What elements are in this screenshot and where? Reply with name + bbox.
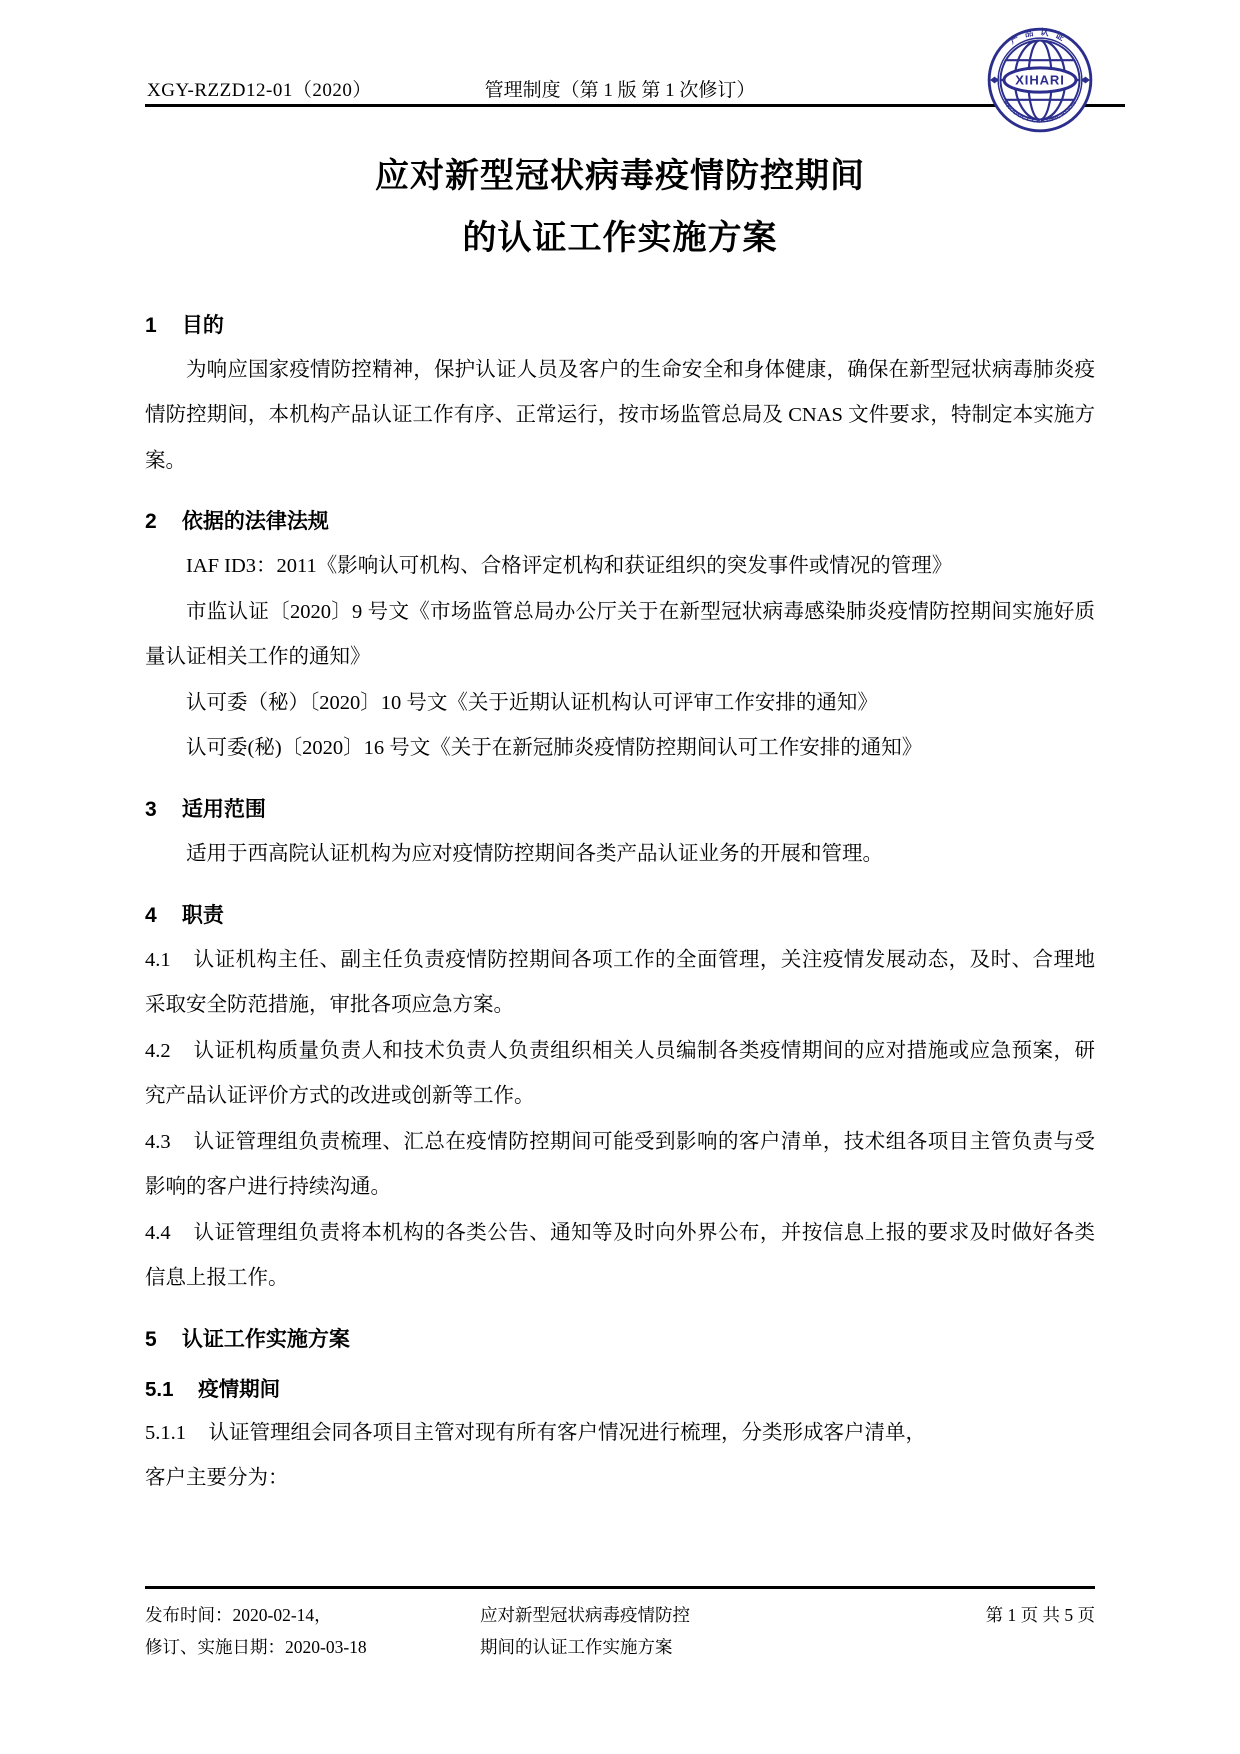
- page-header: XGY-RZZD12-01（2020） 管理制度（第 1 版 第 1 次修订）: [145, 74, 1095, 102]
- section-3-heading: 3适用范围: [145, 788, 1095, 832]
- clause-text-line-2: 客户主要分为：: [145, 1467, 289, 1489]
- section-3-scope: 3适用范围 适用于西高院认证机构为应对疫情防控期间各类产品认证业务的开展和管理。: [145, 788, 1095, 878]
- clause-text: 认证机构主任、副主任负责疫情防控期间各项工作的全面管理，关注疫情发展动态，及时、…: [145, 949, 1095, 1017]
- footer-doc-title: 应对新型冠状病毒疫情防控 期间的认证工作实施方案: [480, 1599, 986, 1664]
- section-5-implementation-plan: 5认证工作实施方案 5.1疫情期间 5.1.1认证管理组会同各项目主管对现有所有…: [145, 1318, 1095, 1502]
- clause-number: 4.4: [145, 1222, 171, 1244]
- clause-text-line-1: 认证管理组会同各项目主管对现有所有客户情况进行梳理，分类形成客户清单，: [209, 1422, 927, 1444]
- title-line-2: 的认证工作实施方案: [145, 208, 1095, 270]
- legal-reference-item: 市监认证〔2020〕9 号文《市场监管总局办公厅关于在新型冠状病毒感染肺炎疫情防…: [145, 590, 1095, 681]
- clause-4-1: 4.1认证机构主任、副主任负责疫情防控期间各项工作的全面管理，关注疫情发展动态，…: [145, 938, 1095, 1029]
- clause-4-2: 4.2认证机构质量负责人和技术负责人负责组织相关人员编制各类疫情期间的应对措施或…: [145, 1029, 1095, 1120]
- doc-type: 管理制度（第 1 版 第 1 次修订）: [485, 75, 756, 102]
- section-5-heading: 5认证工作实施方案: [145, 1318, 1095, 1362]
- section-2-heading: 2依据的法律法规: [145, 500, 1095, 544]
- subsection-number: 5.1: [145, 1378, 174, 1401]
- subsection-title: 疫情期间: [198, 1378, 280, 1401]
- section-title: 目的: [182, 314, 224, 337]
- section-number: 4: [145, 904, 157, 927]
- section-1-paragraph: 为响应国家疫情防控精神，保护认证人员及客户的生命安全和身体健康，确保在新型冠状病…: [145, 348, 1095, 485]
- clause-text: 认证机构质量负责人和技术负责人负责组织相关人员编制各类疫情期间的应对措施或应急预…: [145, 1040, 1095, 1108]
- subsection-5-1-heading: 5.1疫情期间: [145, 1368, 1095, 1411]
- clause-number: 4.3: [145, 1131, 171, 1153]
- section-4-heading: 4职责: [145, 894, 1095, 938]
- section-title: 适用范围: [182, 798, 266, 821]
- clause-4-3: 4.3认证管理组负责梳理、汇总在疫情防控期间可能受到影响的客户清单，技术组各项目…: [145, 1120, 1095, 1211]
- clause-number: 4.2: [145, 1040, 171, 1062]
- section-title: 依据的法律法规: [182, 510, 329, 533]
- section-title: 认证工作实施方案: [182, 1328, 350, 1351]
- section-number: 2: [145, 510, 157, 533]
- legal-reference-item: 认可委(秘)〔2020〕16 号文《关于在新冠肺炎疫情防控期间认可工作安排的通知…: [145, 726, 1095, 772]
- clause-text: 认证管理组负责梳理、汇总在疫情防控期间可能受到影响的客户清单，技术组各项目主管负…: [145, 1131, 1095, 1199]
- section-number: 3: [145, 798, 157, 821]
- document-page: XGY-RZZD12-01（2020） 管理制度（第 1 版 第 1 次修订） …: [0, 0, 1240, 1754]
- section-number: 5: [145, 1328, 157, 1351]
- page-footer: 发布时间：2020-02-14， 修订、实施日期：2020-03-18 应对新型…: [145, 1586, 1095, 1664]
- section-number: 1: [145, 314, 157, 337]
- section-title: 职责: [182, 904, 224, 927]
- section-4-responsibilities: 4职责 4.1认证机构主任、副主任负责疫情防控期间各项工作的全面管理，关注疫情发…: [145, 894, 1095, 1302]
- document-title: 应对新型冠状病毒疫情防控期间 的认证工作实施方案: [145, 146, 1095, 270]
- section-1-purpose: 1目的 为响应国家疫情防控精神，保护认证人员及客户的生命安全和身体健康，确保在新…: [145, 304, 1095, 485]
- footer-title-line-1: 应对新型冠状病毒疫情防控: [480, 1599, 986, 1631]
- page-number: 第 1 页 共 5 页: [986, 1599, 1095, 1631]
- clause-text: 认证管理组负责将本机构的各类公告、通知等及时向外界公布，并按信息上报的要求及时做…: [145, 1222, 1095, 1290]
- section-1-heading: 1目的: [145, 304, 1095, 348]
- legal-reference-item: 认可委（秘）〔2020〕10 号文《关于近期认证机构认可评审工作安排的通知》: [145, 681, 1095, 727]
- clause-4-4: 4.4认证管理组负责将本机构的各类公告、通知等及时向外界公布，并按信息上报的要求…: [145, 1211, 1095, 1302]
- footer-title-line-2: 期间的认证工作实施方案: [480, 1631, 986, 1663]
- org-logo: 产品认证 PRODUCT CERTIFICATION XIHARI: [986, 26, 1094, 134]
- xihari-certification-badge-icon: 产品认证 PRODUCT CERTIFICATION XIHARI: [986, 26, 1094, 134]
- clause-5-1-1: 5.1.1认证管理组会同各项目主管对现有所有客户情况进行梳理，分类形成客户清单，…: [145, 1411, 1095, 1502]
- section-3-paragraph: 适用于西高院认证机构为应对疫情防控期间各类产品认证业务的开展和管理。: [145, 832, 1095, 878]
- release-date: 发布时间：2020-02-14，: [145, 1599, 480, 1631]
- revision-date: 修订、实施日期：2020-03-18: [145, 1631, 480, 1663]
- legal-reference-item: IAF ID3：2011《影响认可机构、合格评定机构和获证组织的突发事件或情况的…: [145, 544, 1095, 590]
- footer-dates: 发布时间：2020-02-14， 修订、实施日期：2020-03-18: [145, 1599, 480, 1664]
- section-2-legal-basis: 2依据的法律法规 IAF ID3：2011《影响认可机构、合格评定机构和获证组织…: [145, 500, 1095, 772]
- title-line-1: 应对新型冠状病毒疫情防控期间: [145, 146, 1095, 208]
- svg-text:XIHARI: XIHARI: [1015, 73, 1065, 88]
- header-rule: [145, 104, 1125, 107]
- clause-number: 5.1.1: [145, 1422, 186, 1444]
- doc-code: XGY-RZZD12-01（2020）: [147, 75, 372, 102]
- clause-number: 4.1: [145, 949, 171, 971]
